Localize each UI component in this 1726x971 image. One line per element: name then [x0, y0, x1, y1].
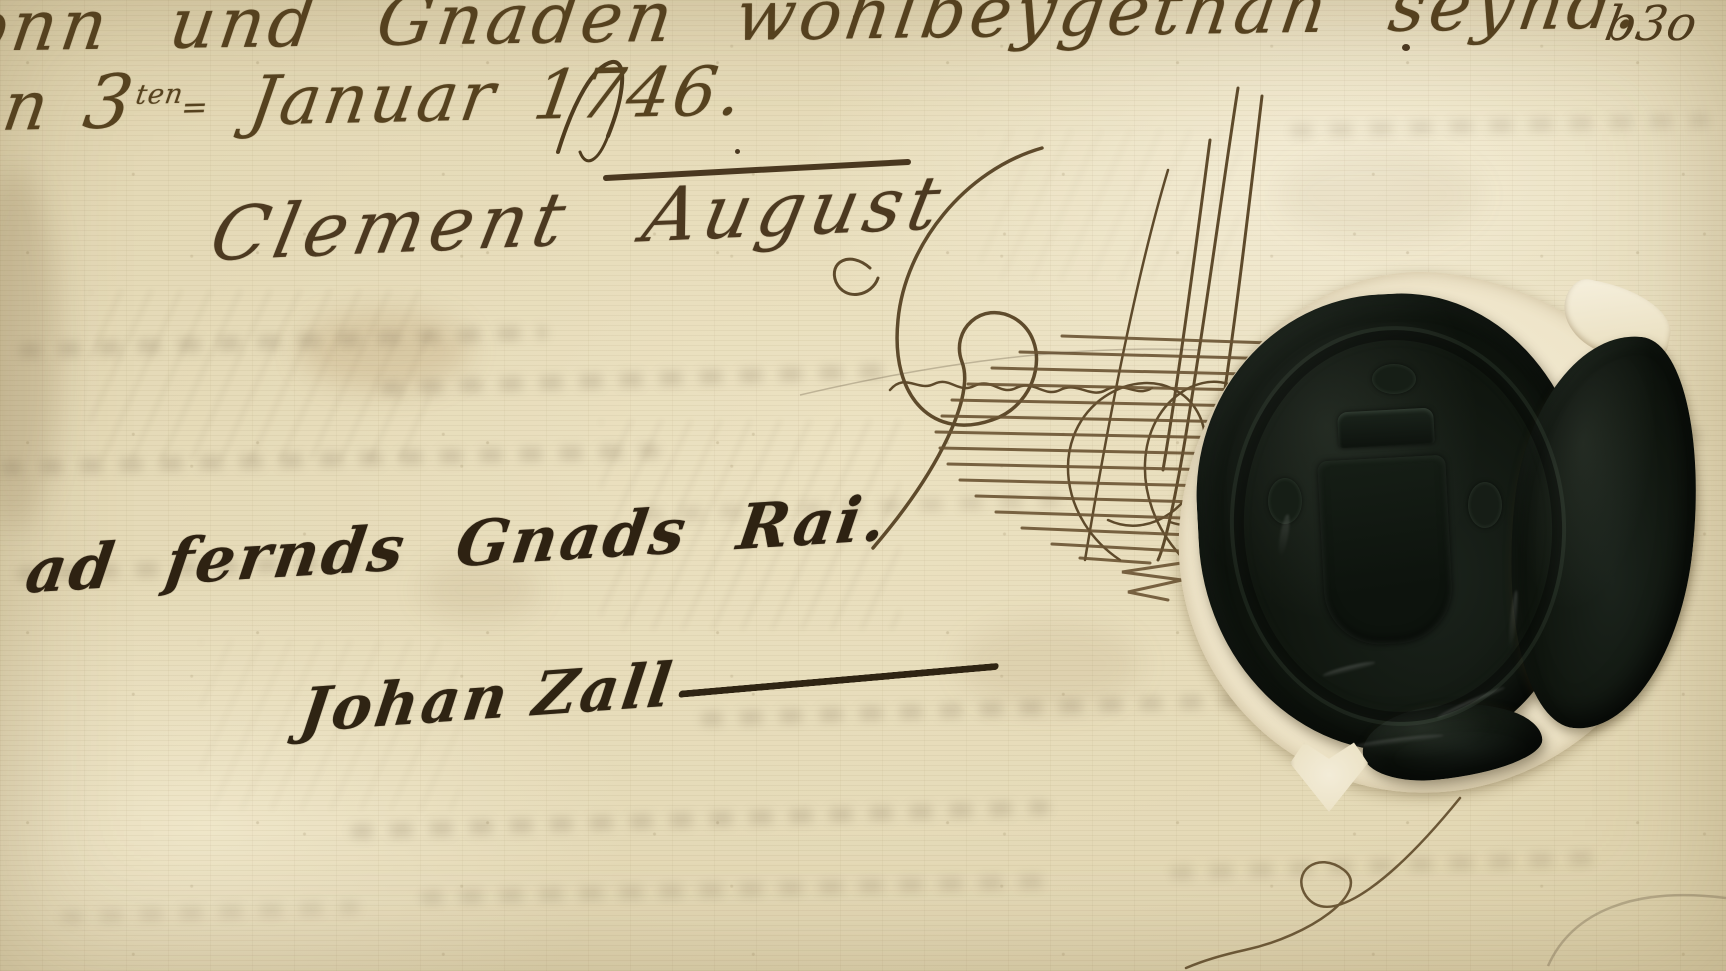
bleedthrough-streaks	[980, 130, 1240, 280]
seal-shield-emboss	[1317, 455, 1455, 647]
bleedthrough-row	[16, 553, 396, 581]
paper-stain	[0, 170, 60, 530]
wax-seal	[1172, 268, 1726, 808]
wax-seal-overflow	[1492, 326, 1714, 739]
torn-paper-halo	[1150, 245, 1720, 823]
wax-gloss-highlight	[1436, 685, 1506, 720]
date-month: Januar	[244, 57, 503, 141]
bleedthrough-row	[380, 363, 900, 396]
bleedthrough-row	[1560, 427, 1720, 448]
handwriting-line-1: onn und Gnaden wohlbeÿgethan seÿnd.	[0, 0, 1649, 68]
bleedthrough-row	[18, 325, 548, 358]
paper-texture	[0, 0, 1726, 971]
date-day-dashes: =	[179, 90, 209, 127]
date-line: n3ten=Januar1746.	[0, 46, 751, 148]
date-lead-fragment: n	[0, 67, 57, 147]
bleedthrough-row	[0, 443, 660, 475]
date-day: 3	[78, 59, 141, 146]
corner-notation: b3o	[1601, 0, 1701, 52]
seal-crown-emboss	[1337, 408, 1435, 449]
bleedthrough-row	[1170, 851, 1600, 881]
hairline-stroke	[800, 349, 1200, 395]
paper-tear-flap	[1556, 275, 1678, 366]
corner-ghost-curve	[1548, 895, 1726, 966]
paper-stain	[420, 560, 540, 620]
bleedthrough-row	[420, 874, 1060, 906]
paper-stain	[300, 310, 470, 390]
bleedthrough-streaks	[90, 290, 430, 460]
signature-clemens-august: Clement August	[204, 160, 954, 279]
wax-seal-body	[1186, 284, 1601, 762]
ink-dot	[1402, 44, 1410, 51]
ink-dot	[853, 14, 859, 20]
date-day-suffix: ten	[134, 79, 186, 111]
year-underline	[606, 162, 908, 178]
paper-grain	[0, 0, 1726, 971]
pen-flourish-layer	[0, 0, 1726, 971]
wax-gloss-highlight	[1276, 514, 1292, 559]
bleedthrough-streaks	[600, 420, 900, 630]
seal-rim-ring	[1220, 317, 1576, 734]
paraph-crosshatch	[936, 336, 1344, 600]
paper-stain	[1280, 150, 1480, 240]
bleedthrough-row	[350, 800, 1050, 839]
date-separator-flourish	[558, 62, 622, 161]
bleedthrough-row	[1290, 113, 1710, 139]
wax-seal-drip	[1359, 695, 1546, 787]
countersignature-name: Johan Zall	[296, 627, 1004, 747]
seal-ornament	[1468, 482, 1502, 528]
seal-tail-flourish	[1186, 798, 1460, 968]
date-year-underlined: 1746.	[529, 52, 751, 136]
manuscript-page: onn und Gnaden wohlbeÿgethan seÿnd. b3o …	[0, 0, 1726, 971]
countersignature-note: ad fernds Gnads Rai.	[21, 481, 894, 608]
wax-gloss-highlight	[1322, 660, 1376, 679]
ink-dot	[1419, 330, 1426, 336]
seal-ornament	[1268, 478, 1302, 524]
paper-stain	[960, 620, 1140, 710]
bleedthrough-row	[640, 493, 1060, 523]
ink-dot	[735, 149, 740, 154]
bleedthrough-row	[60, 900, 360, 925]
bleedthrough-row	[700, 692, 1260, 727]
paper-tear-notch	[1290, 738, 1368, 812]
seal-ornament	[1372, 364, 1416, 394]
bleedthrough-streaks	[200, 640, 460, 810]
paraph-flourish	[834, 88, 1262, 566]
wax-gloss-highlight	[1507, 590, 1520, 654]
wax-gloss-highlight	[1352, 732, 1444, 749]
